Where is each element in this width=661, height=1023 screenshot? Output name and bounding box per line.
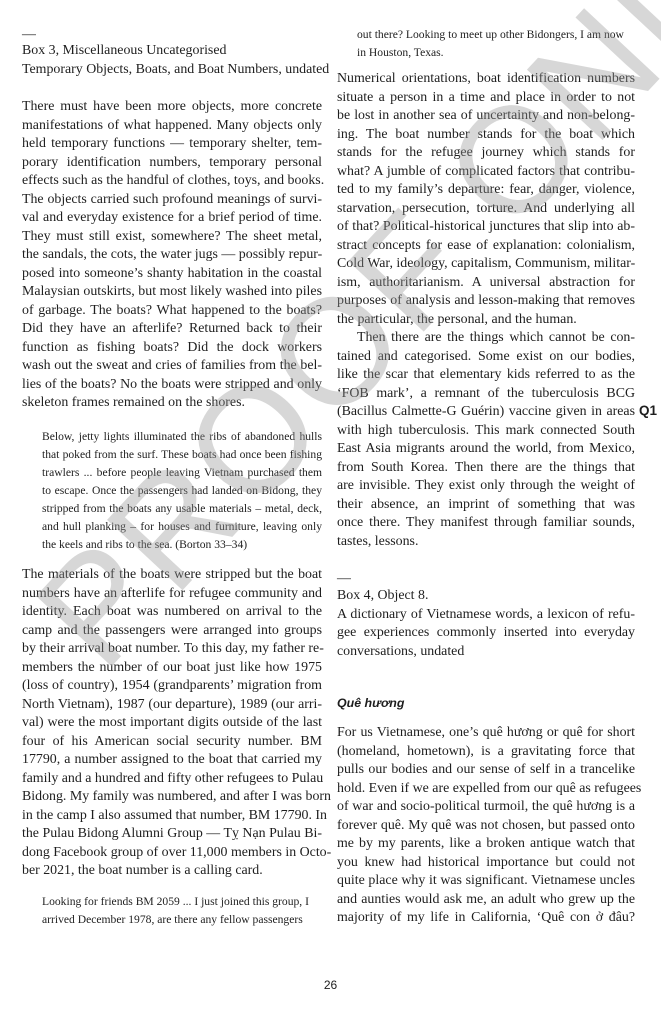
box4-title: Box 4, Object 8. [337, 587, 428, 606]
section-dash-2: — [337, 570, 351, 589]
document-page: — Box 3, Miscellaneous Uncategorised Tem… [0, 0, 661, 1023]
page-number: 26 [0, 978, 661, 992]
box-title: Box 3, Miscellaneous Uncategorised [22, 42, 226, 61]
query-marker: Q1 [639, 403, 657, 418]
entry-heading: Quê hương [337, 694, 404, 713]
box-subtitle: Temporary Objects, Boats, and Boat Numbe… [22, 61, 329, 80]
